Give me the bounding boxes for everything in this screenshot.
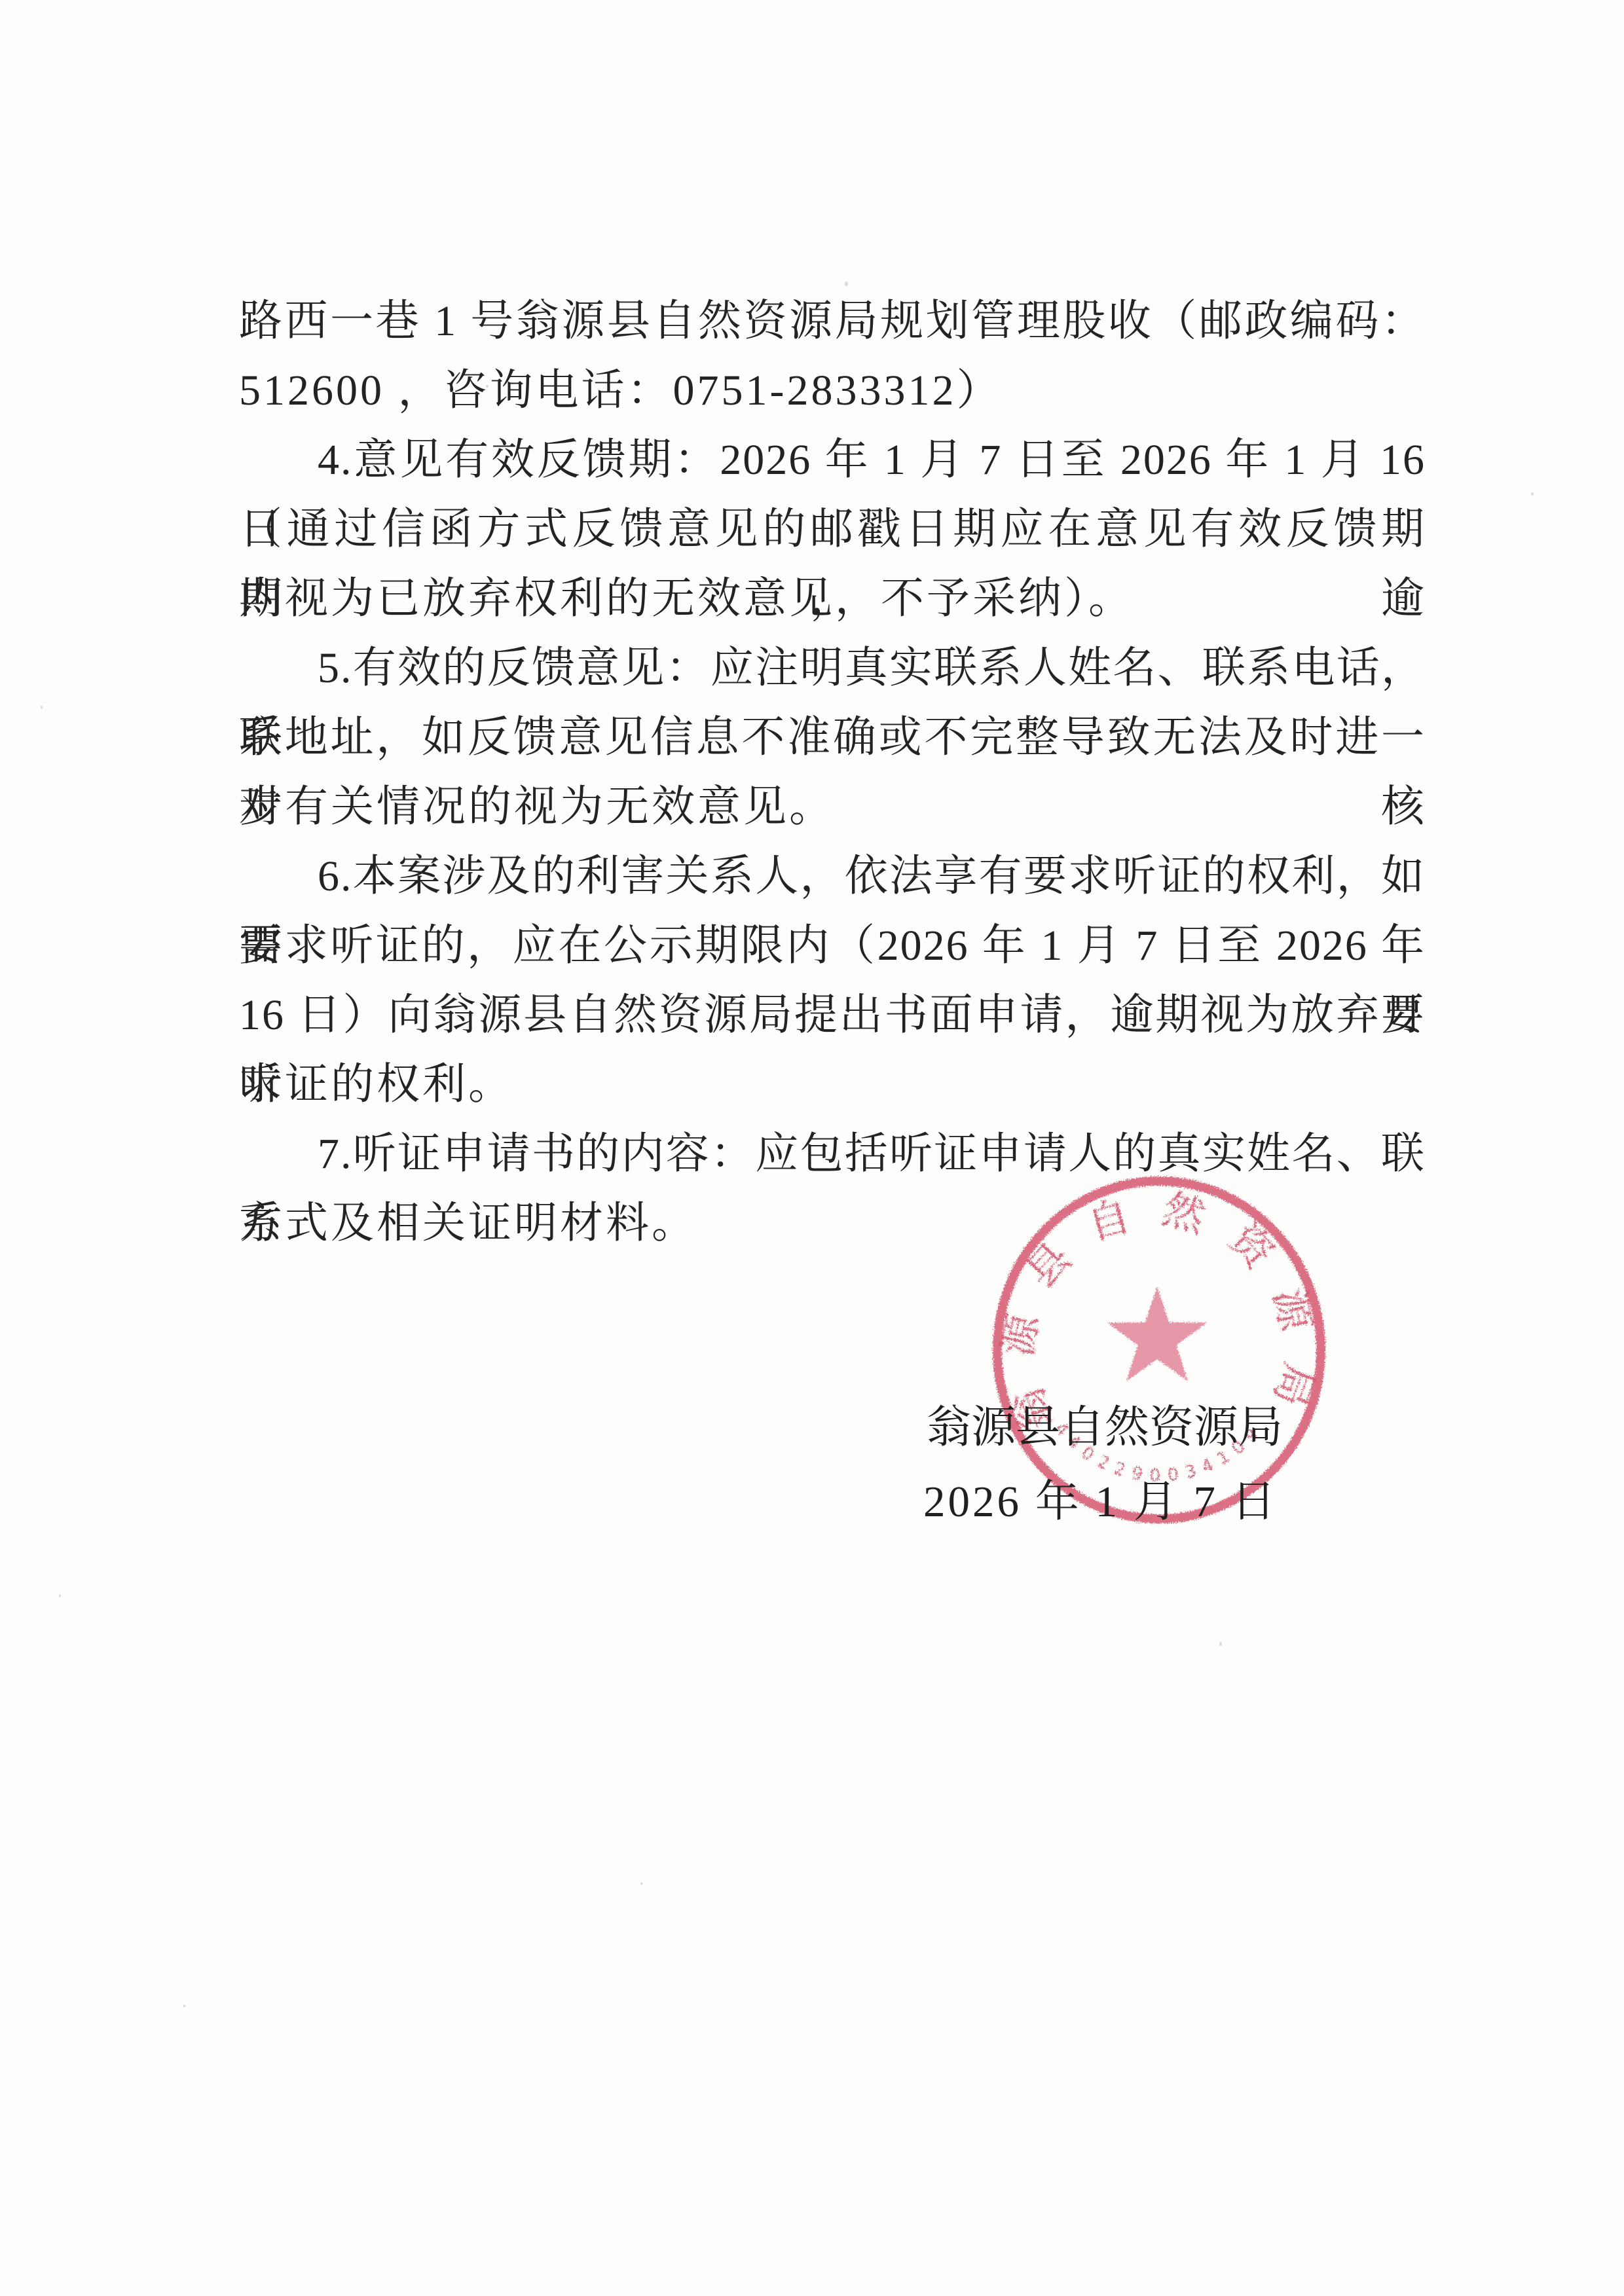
body-line: 系地址，如反馈意见信息不准确或不完整导致无法及时进一步核 <box>239 703 1426 773</box>
scan-speck <box>486 385 489 388</box>
scan-speck <box>640 1882 642 1885</box>
signature-date: 2026 年 1 月 7 日 <box>923 1478 1278 1526</box>
body-line: 路西一巷 1 号翁源县自然资源局规划管理股收（邮政编码： <box>239 287 1426 356</box>
scan-speck <box>845 282 848 286</box>
signature-agency: 翁源县自然资源局 <box>927 1403 1283 1451</box>
scan-speck <box>59 1594 61 1597</box>
body-line: 6.本案涉及的利害关系人，依法享有要求听证的权利，如需 <box>239 842 1426 911</box>
body-line: 5.有效的反馈意见：应注明真实联系人姓名、联系电话，联 <box>239 634 1426 703</box>
scan-speck <box>183 2005 185 2007</box>
scan-speck <box>1219 1642 1222 1646</box>
body-line: 512600 ，咨询电话：0751-2833312） <box>239 356 1426 426</box>
body-line: （通过信函方式反馈意见的邮戳日期应在意见有效反馈期内，逾 <box>239 495 1426 564</box>
body-line: 4.意见有效反馈期：2026 年 1 月 7 日至 2026 年 1 月 16 … <box>239 426 1426 495</box>
notice-body: 路西一巷 1 号翁源县自然资源局规划管理股收（邮政编码： 512600 ，咨询电… <box>239 287 1426 1258</box>
scan-speck <box>41 706 43 709</box>
body-line: 要求听证的，应在公示期限内（2026 年 1 月 7 日至 2026 年 1 月 <box>239 911 1426 981</box>
seal-star-icon <box>1107 1286 1208 1381</box>
document-page: 路西一巷 1 号翁源县自然资源局规划管理股收（邮政编码： 512600 ，咨询电… <box>0 0 1624 2296</box>
body-line: 听证的权利。 <box>239 1050 1426 1120</box>
scan-speck <box>1531 492 1534 496</box>
body-line: 16 日）向翁源县自然资源局提出书面申请，逾期视为放弃要求 <box>239 981 1426 1050</box>
